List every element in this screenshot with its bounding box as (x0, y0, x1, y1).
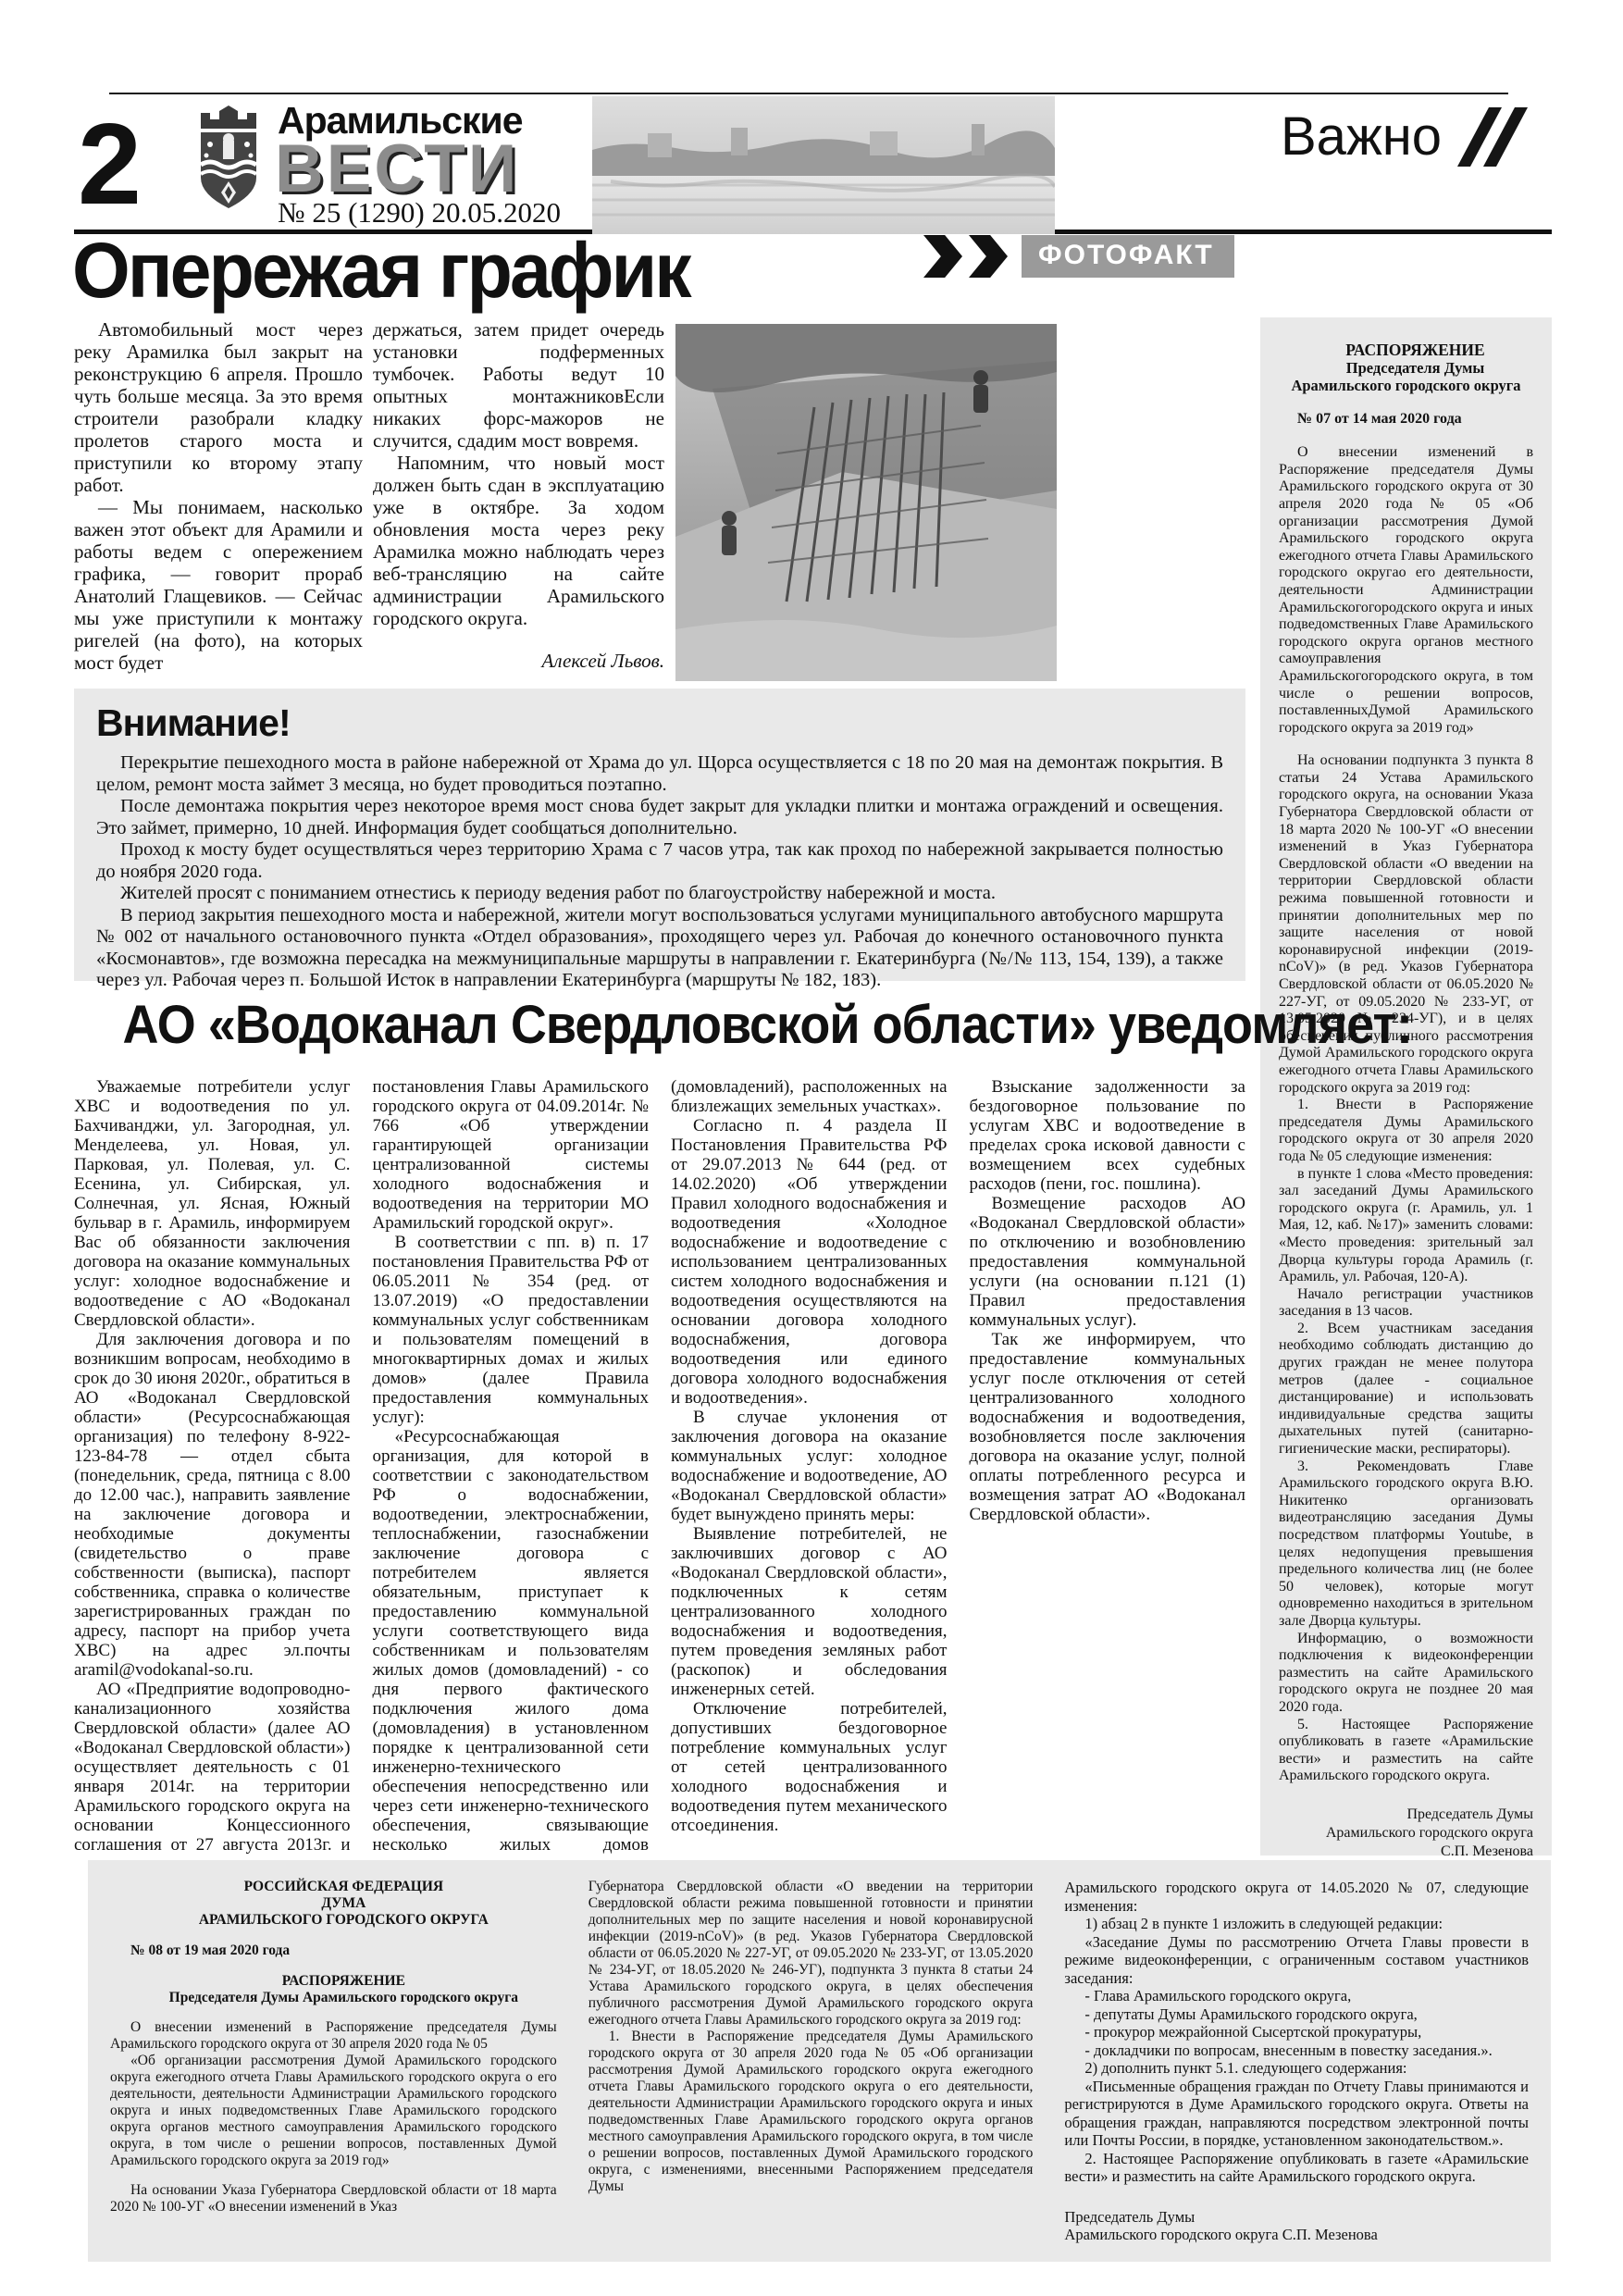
top-rule (109, 93, 1508, 94)
org-line: ДУМА (110, 1895, 557, 1912)
directive-heading: РАСПОРЯЖЕНИЕ (1279, 341, 1533, 359)
section-label-vazhno: Важно (1281, 105, 1512, 168)
directive-paragraph: О внесении изменений в Распоряжение пред… (110, 2019, 557, 2053)
attention-title: Внимание! (96, 701, 1223, 745)
vodokanal-paragraph: Согласно п. 4 раздела II Постановления П… (671, 1116, 948, 1408)
city-coat-of-arms-icon (192, 104, 265, 216)
vodokanal-article-title: АО «Водоканал Свердловской области» увед… (74, 994, 1245, 1056)
directive-07-box: РАСПОРЯЖЕНИЕ Председателя Думы Арамильск… (1260, 317, 1552, 1855)
directive-paragraph: Губернатора Свердловской области «О введ… (588, 1879, 1034, 2029)
photofact-badge: ФОТОФАКТ (923, 235, 1234, 278)
photofact-label: ФОТОФАКТ (1022, 235, 1234, 278)
attention-paragraph: После демонтажа покрытия через некоторое… (96, 796, 1223, 839)
vodokanal-paragraph: В соответствии с пп. в) п. 17 постановле… (373, 1233, 650, 1427)
byline: Алексей Львов. (373, 650, 664, 672)
chevron-right-icon (969, 235, 1008, 278)
directive-08-box: РОССИЙСКАЯ ФЕДЕРАЦИЯ ДУМА АРАМИЛЬСКОГО Г… (88, 1860, 1551, 2262)
attention-paragraph: Перекрытие пешеходного моста в районе на… (96, 752, 1223, 796)
newspaper-page: 2 Арамильские ВЕСТИ № 25 (1290) 20.05.20… (0, 0, 1623, 2296)
vodokanal-title-text: АО «Водоканал Свердловской области» увед… (122, 994, 1412, 1056)
vodokanal-paragraph: Взыскание задолженности за бездоговорное… (970, 1077, 1246, 1194)
directive-subheading: Председателя Думы Арамильского городског… (110, 1990, 557, 2006)
lead-article-title: Опережая график (72, 231, 689, 309)
directive-subheading: Председателя Думы Арамильского городског… (1279, 359, 1533, 394)
issue-line: № 25 (1290) 20.05.2020 (278, 196, 561, 230)
directive-paragraph: 5. Настоящее Распоряжение опубликовать в… (1279, 1717, 1533, 1785)
directive-paragraph: 2) дополнить пункт 5.1. следующего содер… (1064, 2059, 1529, 2078)
directive-paragraph: 2. Настоящее Распоряжение опубликовать в… (1064, 2150, 1529, 2186)
signature-block: Председатель Думы Арамильского городског… (1279, 1806, 1533, 1861)
page-number: 2 (78, 107, 137, 222)
masthead-title: ВЕСТИ (275, 135, 519, 203)
signature-org-and-name: Арамильского городского округа С.П. Мезе… (1064, 2226, 1529, 2244)
signature-block: Председатель Думы Арамильского городског… (1064, 2208, 1529, 2244)
vodokanal-paragraph: В случае уклонения от заключения договор… (671, 1408, 948, 1524)
section-label-text: Важно (1281, 105, 1442, 168)
directive-08-column-2: Губернатора Свердловской области «О введ… (588, 1879, 1034, 2243)
attention-paragraph: Жителей просят с пониманием отнестись к … (96, 883, 1223, 905)
signature-org: Арамильского городского округа (1279, 1824, 1533, 1843)
directive-paragraph: Арамильского городского округа от 14.05.… (1064, 1879, 1529, 1915)
lead-paragraph: Напомним, что новый мост должен быть сда… (373, 452, 664, 629)
directive-paragraph: 1. Внести в Распоряжение председателя Ду… (1279, 1097, 1533, 1165)
directive-08-column-1: РОССИЙСКАЯ ФЕДЕРАЦИЯ ДУМА АРАМИЛЬСКОГО Г… (110, 1879, 557, 2243)
directive-paragraph: - депутаты Думы Арамильского городского … (1064, 2005, 1529, 2024)
vodokanal-paragraph: Так же информируем, что предоставление к… (970, 1330, 1246, 1524)
lead-paragraph: держаться, затем придет очередь установк… (373, 318, 664, 452)
bridge-construction-photo (675, 324, 1057, 681)
lead-paragraph: — Мы понимаем, насколько важен этот объе… (74, 496, 363, 674)
directive-paragraph: Информацию, о возможности подключения к … (1279, 1631, 1533, 1717)
signature-title: Председатель Думы (1064, 2208, 1529, 2227)
org-line: РОССИЙСКАЯ ФЕДЕРАЦИЯ (110, 1879, 557, 1895)
panorama-photo (592, 96, 1055, 234)
directive-heading: РАСПОРЯЖЕНИЕ (110, 1973, 557, 1990)
lead-article-column-2: держаться, затем придет очередь установк… (373, 318, 664, 672)
directive-paragraph: 3. Рекомендовать Главе Арамильского горо… (1279, 1458, 1533, 1631)
lead-article-column-1: Автомобильный мост через реку Арамилка б… (74, 318, 363, 674)
directive-paragraph: 2. Всем участникам заседания необходимо … (1279, 1321, 1533, 1458)
signature-title: Председатель Думы (1279, 1806, 1533, 1824)
directive-date: № 07 от 14 мая 2020 года (1279, 411, 1533, 428)
attention-notice-box: Внимание! Перекрытие пешеходного моста в… (74, 689, 1245, 981)
vodokanal-paragraph: Выявление потребителей, не заключивших д… (671, 1524, 948, 1699)
chevron-right-icon (923, 235, 962, 278)
directive-paragraph: - докладчики по вопросам, внесенным в по… (1064, 2042, 1529, 2060)
attention-paragraph: Проход к мосту будет осуществляться чере… (96, 839, 1223, 883)
vodokanal-article-body: Уважаемые потребители услуг ХВС и водоот… (74, 1077, 1245, 1860)
vodokanal-paragraph: Отключение потребителей, допустивших без… (671, 1699, 948, 1835)
directive-date: № 08 от 19 мая 2020 года (110, 1942, 557, 1959)
directive-paragraph: На основании Указа Губернатора Свердловс… (110, 2182, 557, 2215)
signature-name: С.П. Мезенова (1279, 1843, 1533, 1861)
vodokanal-paragraph: Возмещение расходов АО «Водоканал Свердл… (970, 1194, 1246, 1330)
double-slash-icon (1473, 107, 1512, 167)
directive-paragraph: в пункте 1 слова «Место проведения: зал … (1279, 1166, 1533, 1286)
directive-paragraph: Начало регистрации участников заседания … (1279, 1286, 1533, 1321)
org-line: АРАМИЛЬСКОГО ГОРОДСКОГО ОКРУГА (110, 1912, 557, 1929)
directive-paragraph: - Глава Арамильского городского округа, (1064, 1987, 1529, 2005)
directive-paragraph: 1) абзац 2 в пункте 1 изложить в следующ… (1064, 1915, 1529, 1933)
directive-paragraph: О внесении изменений в Распоряжение пред… (1279, 444, 1533, 737)
lead-paragraph: Автомобильный мост через реку Арамилка б… (74, 318, 363, 496)
directive-paragraph: «Заседание Думы по рассмотрению Отчета Г… (1064, 1933, 1529, 1988)
directive-paragraph: «Письменные обращения граждан по Отчету … (1064, 2078, 1529, 2150)
directive-08-column-3: Арамильского городского округа от 14.05.… (1064, 1879, 1529, 2243)
attention-paragraph: В период закрытия пешеходного моста и на… (96, 905, 1223, 992)
vodokanal-paragraph: Уважаемые потребители услуг ХВС и водоот… (74, 1077, 351, 1330)
vodokanal-paragraph: Для заключения договора и по возникшим в… (74, 1330, 351, 1680)
directive-paragraph: - прокурор межрайонной Сысертской прокур… (1064, 2023, 1529, 2042)
directive-paragraph: «Об организации рассмотрения Думой Арами… (110, 2053, 557, 2169)
directive-paragraph: 1. Внести в Распоряжение председателя Ду… (588, 2029, 1034, 2195)
